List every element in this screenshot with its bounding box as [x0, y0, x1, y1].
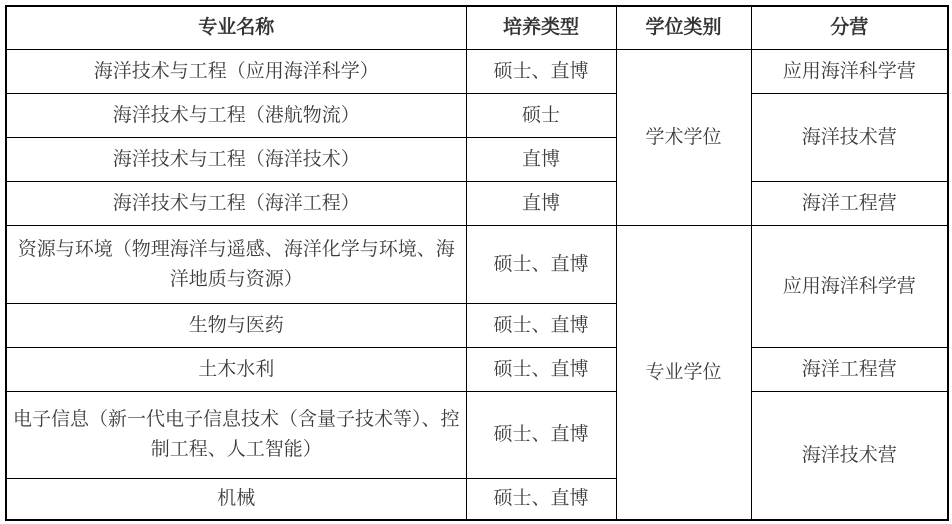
training-type-cell: 硕士 — [466, 94, 616, 138]
table-row: 海洋技术与工程（应用海洋科学） 硕士、直博 学术学位 应用海洋科学营 — [6, 50, 948, 94]
training-type-cell: 硕士、直博 — [466, 304, 616, 348]
major-cell: 机械 — [6, 479, 466, 521]
training-type-cell: 硕士、直博 — [466, 50, 616, 94]
degree-category-cell: 专业学位 — [616, 226, 751, 521]
camp-cell: 海洋工程营 — [751, 182, 948, 226]
header-major-name: 专业名称 — [6, 6, 466, 50]
table-row: 资源与环境（物理海洋与遥感、海洋化学与环境、海洋地质与资源） 硕士、直博 专业学… — [6, 226, 948, 304]
major-cell: 电子信息（新一代电子信息技术（含量子技术等）、控制工程、人工智能） — [6, 392, 466, 479]
degree-category-cell: 学术学位 — [616, 50, 751, 226]
table-header-row: 专业名称 培养类型 学位类别 分营 — [6, 6, 948, 50]
table-row: 土木水利 硕士、直博 海洋工程营 — [6, 348, 948, 392]
training-type-cell: 直博 — [466, 182, 616, 226]
camp-cell: 海洋技术营 — [751, 94, 948, 182]
training-type-cell: 硕士、直博 — [466, 479, 616, 521]
training-type-cell: 直博 — [466, 138, 616, 182]
camp-cell: 海洋工程营 — [751, 348, 948, 392]
camp-cell: 应用海洋科学营 — [751, 50, 948, 94]
header-training-type: 培养类型 — [466, 6, 616, 50]
table-row: 海洋技术与工程（港航物流） 硕士 海洋技术营 — [6, 94, 948, 138]
major-cell: 海洋技术与工程（海洋技术） — [6, 138, 466, 182]
major-cell: 土木水利 — [6, 348, 466, 392]
table-row: 电子信息（新一代电子信息技术（含量子技术等）、控制工程、人工智能） 硕士、直博 … — [6, 392, 948, 479]
training-type-cell: 硕士、直博 — [466, 348, 616, 392]
major-cell: 海洋技术与工程（应用海洋科学） — [6, 50, 466, 94]
table-row: 海洋技术与工程（海洋工程） 直博 海洋工程营 — [6, 182, 948, 226]
training-type-cell: 硕士、直博 — [466, 226, 616, 304]
major-cell: 海洋技术与工程（海洋工程） — [6, 182, 466, 226]
camp-cell: 海洋技术营 — [751, 392, 948, 521]
header-camp: 分营 — [751, 6, 948, 50]
major-cell: 生物与医药 — [6, 304, 466, 348]
training-type-cell: 硕士、直博 — [466, 392, 616, 479]
page: 专业名称 培养类型 学位类别 分营 海洋技术与工程（应用海洋科学） 硕士、直博 … — [0, 0, 952, 524]
admissions-table: 专业名称 培养类型 学位类别 分营 海洋技术与工程（应用海洋科学） 硕士、直博 … — [5, 5, 949, 521]
header-degree-category: 学位类别 — [616, 6, 751, 50]
camp-cell: 应用海洋科学营 — [751, 226, 948, 348]
major-cell: 海洋技术与工程（港航物流） — [6, 94, 466, 138]
major-cell: 资源与环境（物理海洋与遥感、海洋化学与环境、海洋地质与资源） — [6, 226, 466, 304]
